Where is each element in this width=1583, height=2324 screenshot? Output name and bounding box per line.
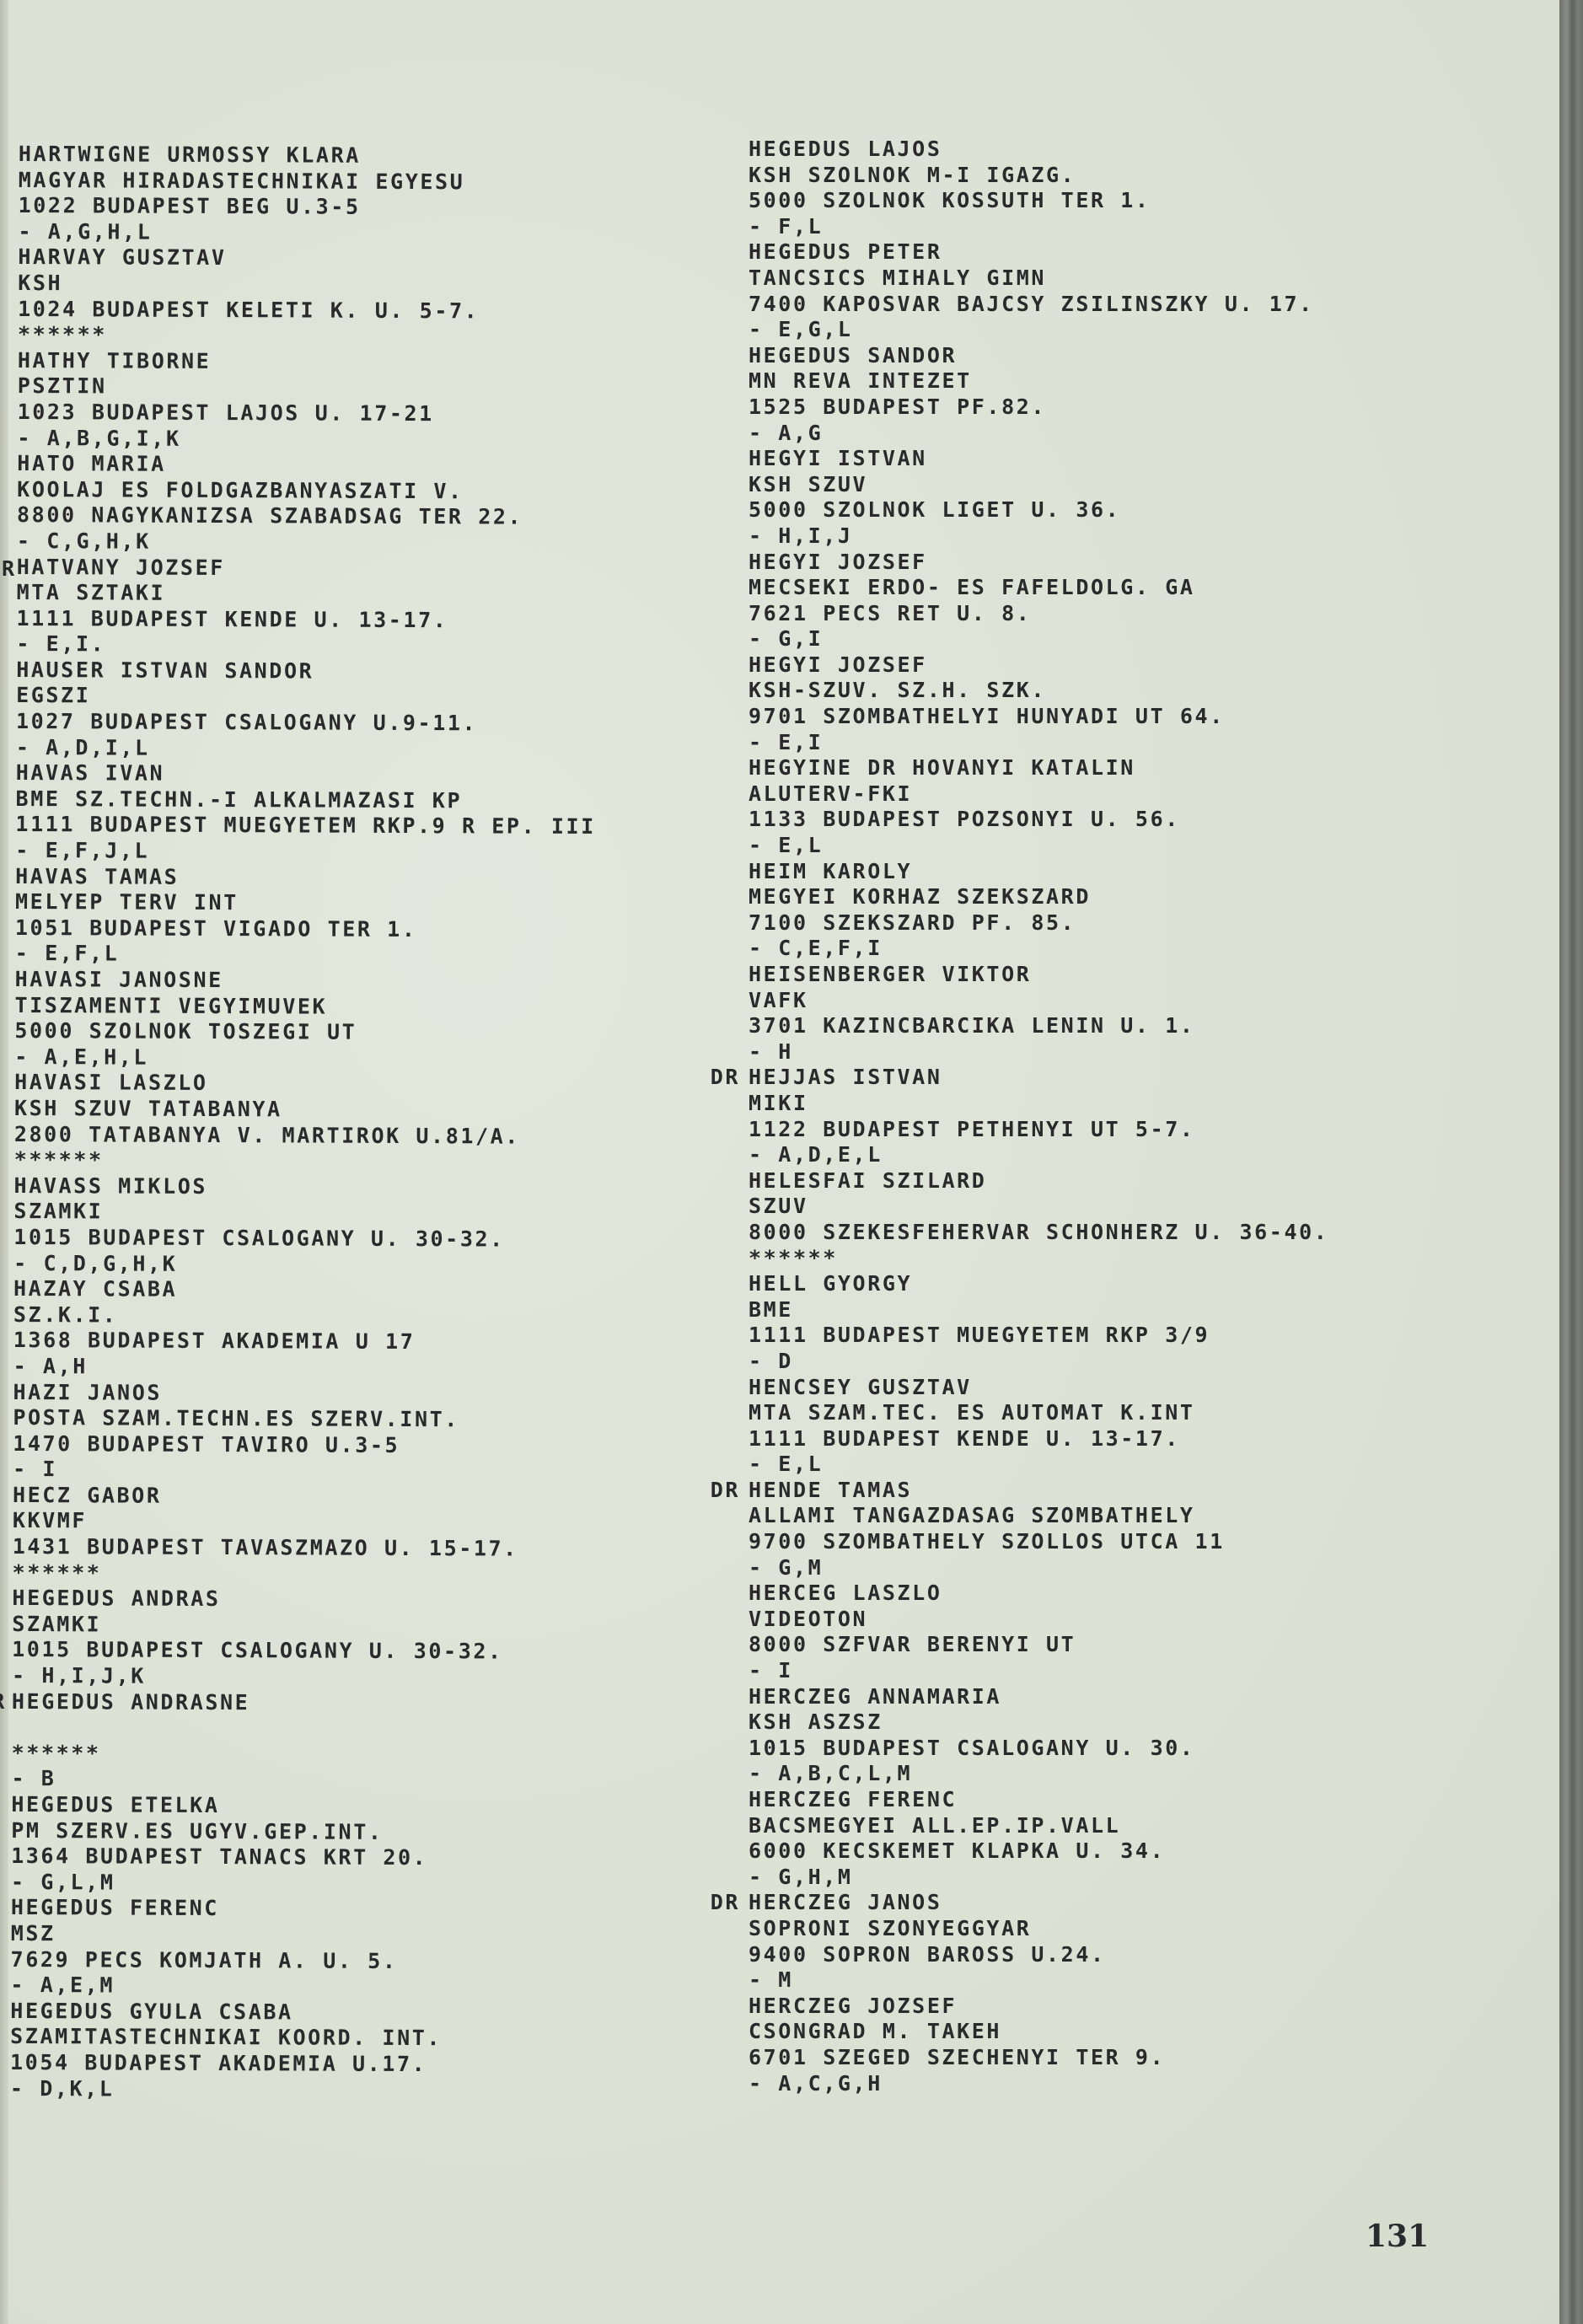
page-left-edge: [0, 0, 8, 2324]
directory-line-text: 9400 SOPRON BAROSS U.24.: [749, 1942, 1106, 1967]
page-number: 131: [1366, 2219, 1429, 2254]
directory-line: - D: [749, 1349, 1328, 1375]
directory-line: MECSEKI ERDO- ES FAFELDOLG. GA: [749, 575, 1328, 601]
directory-line-text: 8000 SZEKESFEHERVAR SCHONHERZ U. 36-40.: [749, 1220, 1328, 1244]
directory-line: BME SZ.TECHN.-I ALKALMAZASI KP: [16, 786, 597, 815]
directory-line: DRHENDE TAMAS: [749, 1478, 1328, 1504]
directory-line-text: MEGYEI KORHAZ SZEKSZARD: [749, 884, 1091, 909]
directory-line-text: MN REVA INTEZET: [749, 368, 972, 393]
directory-line: - B: [11, 1766, 592, 1795]
directory-line-text: 9700 SZOMBATHELY SZOLLOS UTCA 11: [749, 1529, 1225, 1554]
directory-line: - G,I: [749, 626, 1328, 652]
directory-line-text: POSTA SZAM.TECHN.ES SZERV.INT.: [13, 1405, 459, 1431]
directory-line-text: 5000 SZOLNOK TOSZEGI UT: [14, 1018, 357, 1044]
directory-line: HATVANY JOZSEF: [17, 554, 598, 582]
directory-line: DRHEGEDUS ANDRASNE: [12, 1689, 593, 1718]
directory-line: - A,E,H,L: [14, 1044, 595, 1073]
directory-line: VAFK: [749, 988, 1328, 1014]
directory-line-text: - M: [749, 1967, 793, 1992]
directory-line-text: 9701 SZOMBATHELYI HUNYADI UT 64.: [749, 704, 1225, 728]
directory-line: 1111 BUDAPEST MUEGYETEM RKP 3/9: [749, 1323, 1328, 1349]
directory-line-text: HAVASI JANOSNE: [15, 967, 223, 992]
directory-line-text: KSH: [18, 271, 62, 295]
directory-line: [12, 1715, 593, 1743]
directory-line-text: 1111 BUDAPEST MUEGYETEM RKP.9 R EP. III: [15, 812, 596, 839]
directory-line: ******: [13, 1560, 593, 1589]
directory-line-text: CSONGRAD M. TAKEH: [749, 2019, 1001, 2043]
directory-column-left: HARTWIGNE URMOSSY KLARAMAGYAR HIRADASTEC…: [10, 142, 599, 2104]
directory-line: - C,G,H,K: [17, 529, 598, 557]
directory-line: 2800 TATABANYA V. MARTIROK U.81/A.: [14, 1122, 595, 1151]
directory-line-text: 5000 SZOLNOK KOSSUTH TER 1.: [749, 188, 1151, 212]
directory-line-text: 1015 BUDAPEST CSALOGANY U. 30-32.: [13, 1225, 505, 1252]
directory-line-text: HATO MARIA: [17, 451, 166, 476]
directory-line: 5000 SZOLNOK LIGET U. 36.: [749, 497, 1328, 523]
directory-line: BME: [749, 1297, 1328, 1323]
directory-line: - A,H: [13, 1354, 594, 1382]
directory-line: SZAMKI: [12, 1612, 593, 1640]
directory-line-text: 7629 PECS KOMJATH A. U. 5.: [11, 1947, 398, 1973]
directory-line-text: 1133 BUDAPEST POZSONYI U. 56.: [749, 807, 1180, 831]
directory-line-text: ALLAMI TANGAZDASAG SZOMBATHELY: [749, 1503, 1195, 1527]
directory-line: - E,F,L: [15, 941, 596, 969]
directory-line-text: 1022 BUDAPEST BEG U.3-5: [19, 193, 361, 219]
directory-line-text: - E,F,L: [15, 941, 120, 966]
directory-line: HAUSER ISTVAN SANDOR: [16, 657, 597, 686]
directory-line-text: - E,G,L: [749, 317, 853, 341]
directory-line-text: HAVAS IVAN: [16, 760, 165, 786]
directory-line-text: KSH-SZUV. SZ.H. SZK.: [749, 678, 1046, 702]
directory-line-text: 1024 BUDAPEST KELETI K. U. 5-7.: [18, 297, 479, 323]
directory-line-text: MTA SZAM.TEC. ES AUTOMAT K.INT: [749, 1400, 1195, 1425]
directory-line: SZAMKI: [13, 1199, 594, 1227]
directory-line-text: HAZAY CSABA: [13, 1276, 177, 1302]
directory-line: 1111 BUDAPEST KENDE U. 13-17.: [16, 606, 597, 635]
directory-line-text: MELYEP TERV INT: [15, 889, 239, 915]
directory-line: HEIM KAROLY: [749, 859, 1328, 885]
directory-line-text: HERCZEG JOZSEF: [749, 1994, 957, 2018]
directory-line: 8000 SZFVAR BERENYI UT: [749, 1632, 1328, 1658]
directory-line-text: - A,E,H,L: [14, 1044, 148, 1070]
directory-line-text: 3701 KAZINCBARCIKA LENIN U. 1.: [749, 1013, 1195, 1038]
directory-line-text: - A,C,G,H: [749, 2071, 883, 2096]
directory-line-text: - A,D,I,L: [16, 735, 150, 760]
directory-line-text: HEISENBERGER VIKTOR: [749, 962, 1031, 986]
directory-line: - I: [749, 1658, 1328, 1684]
directory-line: - A,D,E,L: [749, 1142, 1328, 1168]
directory-line-text: 7621 PECS RET U. 8.: [749, 601, 1031, 625]
directory-line: - M: [749, 1967, 1328, 1994]
directory-line-text: KSH SZUV: [749, 472, 867, 496]
directory-line: HEISENBERGER VIKTOR: [749, 962, 1328, 988]
directory-line-text: HEGEDUS GYULA CSABA: [10, 1999, 292, 2024]
directory-line: 1364 BUDAPEST TANACS KRT 20.: [11, 1844, 592, 1872]
directory-line: 1051 BUDAPEST VIGADO TER 1.: [15, 915, 596, 944]
directory-line-text: 1525 BUDAPEST PF.82.: [749, 394, 1046, 419]
directory-line-text: HAVASS MIKLOS: [14, 1173, 208, 1199]
directory-line: 1022 BUDAPEST BEG U.3-5: [19, 193, 599, 222]
directory-line-text: 1122 BUDAPEST PETHENYI UT 5-7.: [749, 1117, 1195, 1141]
directory-line: - E,L: [749, 833, 1328, 859]
directory-line-text: 5000 SZOLNOK LIGET U. 36.: [749, 497, 1120, 522]
title-prefix: DR: [711, 1065, 740, 1091]
directory-line: HAVASI JANOSNE: [15, 967, 596, 996]
directory-line: - E,G,L: [749, 317, 1328, 343]
directory-line-text: KOOLAJ ES FOLDGAZBANYASZATI V.: [17, 477, 464, 503]
directory-line: ******: [749, 1246, 1328, 1272]
directory-line-text: HEGEDUS LAJOS: [749, 137, 942, 161]
directory-line: HEGEDUS FERENC: [11, 1895, 592, 1924]
directory-line-text: 6000 KECSKEMET KLAPKA U. 34.: [749, 1838, 1165, 1863]
directory-line: 7621 PECS RET U. 8.: [749, 601, 1328, 627]
directory-line: 8800 NAGYKANIZSA SZABADSAG TER 22.: [17, 502, 598, 531]
directory-line-text: MECSEKI ERDO- ES FAFELDOLG. GA: [749, 575, 1195, 599]
directory-line: KSH SZUV TATABANYA: [14, 1096, 595, 1124]
directory-line-text: TISZAMENTI VEGYIMUVEK: [14, 993, 327, 1019]
directory-line-text: 1364 BUDAPEST TANACS KRT 20.: [11, 1844, 427, 1870]
directory-line: 7400 KAPOSVAR BAJCSY ZSILINSZKY U. 17.: [749, 292, 1328, 318]
directory-line: - E,I: [749, 730, 1328, 756]
directory-line-text: SZ.K.I.: [13, 1302, 118, 1328]
directory-line: ******: [12, 1741, 593, 1769]
directory-line: MTA SZTAKI: [17, 580, 598, 609]
directory-line-text: HEGEDUS ANDRAS: [12, 1586, 220, 1611]
directory-line-text: 7100 SZEKSZARD PF. 85.: [749, 910, 1076, 935]
directory-line-text: - D: [749, 1349, 793, 1373]
directory-line-text: - E,F,J,L: [15, 838, 149, 863]
directory-line: 1054 BUDAPEST AKADEMIA U.17.: [10, 2050, 591, 2079]
directory-line-text: - E,L: [749, 1452, 823, 1476]
directory-line: 1470 BUDAPEST TAVIRO U.3-5: [13, 1431, 593, 1460]
directory-line: SZ.K.I.: [13, 1302, 594, 1331]
directory-line-text: HAVASI LASZLO: [14, 1070, 208, 1095]
directory-column-right: HEGEDUS LAJOSKSH SZOLNOK M-I IGAZG.5000 …: [749, 137, 1328, 2096]
directory-line-text: VIDEOTON: [749, 1607, 867, 1631]
directory-line-text: HELESFAI SZILARD: [749, 1168, 986, 1193]
directory-line-text: PM SZERV.ES UGYV.GEP.INT.: [11, 1818, 383, 1844]
directory-line-text: KSH ASZSZ: [749, 1709, 883, 1734]
directory-line-text: - E,I: [749, 730, 823, 754]
directory-line: HEGEDUS LAJOS: [749, 137, 1328, 163]
directory-line: HAVAS TAMAS: [15, 864, 596, 893]
directory-line: 1431 BUDAPEST TAVASZMAZO U. 15-17.: [13, 1534, 593, 1563]
directory-line-text: 1470 BUDAPEST TAVIRO U.3-5: [13, 1431, 400, 1457]
directory-line: HARTWIGNE URMOSSY KLARA: [19, 142, 599, 170]
directory-line-text: HATVANY JOZSEF: [17, 554, 225, 579]
directory-line: ******: [18, 322, 598, 351]
directory-line-text: HERCEG LASZLO: [749, 1581, 942, 1605]
directory-line-text: HEGYI JOZSEF: [749, 550, 927, 574]
directory-line-text: 1054 BUDAPEST AKADEMIA U.17.: [10, 2050, 427, 2076]
directory-line: 6701 SZEGED SZECHENYI TER 9.: [749, 2045, 1328, 2071]
directory-line: 6000 KECSKEMET KLAPKA U. 34.: [749, 1838, 1328, 1865]
directory-line: ALLAMI TANGAZDASAG SZOMBATHELY: [749, 1503, 1328, 1529]
directory-line-text: - A,B,G,I,K: [17, 426, 180, 451]
directory-line: 8000 SZEKESFEHERVAR SCHONHERZ U. 36-40.: [749, 1220, 1328, 1246]
directory-line: HERCEG LASZLO: [749, 1581, 1328, 1607]
directory-line: HELL GYORGY: [749, 1271, 1328, 1297]
directory-line: HEGEDUS SANDOR: [749, 343, 1328, 369]
directory-line-text: 7400 KAPOSVAR BAJCSY ZSILINSZKY U. 17.: [749, 292, 1314, 316]
directory-line: KSH ASZSZ: [749, 1709, 1328, 1736]
directory-line: - I: [13, 1457, 593, 1485]
directory-line: HEGEDUS PETER: [749, 239, 1328, 266]
directory-line: HAVAS IVAN: [16, 760, 597, 789]
directory-line-text: 1051 BUDAPEST VIGADO TER 1.: [15, 915, 417, 942]
directory-line: SOPRONI SZONYEGGYAR: [749, 1916, 1328, 1942]
directory-line-text: HELL GYORGY: [749, 1271, 912, 1296]
directory-line-text: - F,L: [749, 214, 823, 239]
directory-line: MTA SZAM.TEC. ES AUTOMAT K.INT: [749, 1400, 1328, 1426]
directory-line-text: ******: [14, 1147, 104, 1172]
directory-line-text: KSH SZUV TATABANYA: [14, 1096, 282, 1121]
directory-line: - H,I,J: [749, 523, 1328, 550]
directory-line: 1133 BUDAPEST POZSONYI U. 56.: [749, 807, 1328, 833]
directory-line: KSH SZOLNOK M-I IGAZG.: [749, 163, 1328, 189]
directory-line: HERCZEG FERENC: [749, 1787, 1328, 1813]
directory-line-text: - D,K,L: [10, 2076, 115, 2101]
directory-line-text: 1431 BUDAPEST TAVASZMAZO U. 15-17.: [13, 1534, 518, 1561]
directory-line-text: HENCSEY GUSZTAV: [749, 1375, 972, 1399]
directory-line-text: - G,M: [749, 1555, 823, 1580]
directory-line: PSZTIN: [18, 373, 598, 402]
directory-line: 5000 SZOLNOK KOSSUTH TER 1.: [749, 188, 1328, 214]
directory-line-text: 1111 BUDAPEST MUEGYETEM RKP 3/9: [749, 1323, 1210, 1347]
directory-line: - C,E,F,I: [749, 936, 1328, 962]
directory-line: HAVASS MIKLOS: [14, 1173, 595, 1202]
directory-line-text: - C,D,G,H,K: [13, 1251, 177, 1276]
directory-line-text: - A,D,E,L: [749, 1142, 883, 1167]
directory-line-text: - C,E,F,I: [749, 936, 883, 960]
directory-line: BACSMEGYEI ALL.EP.IP.VALL: [749, 1813, 1328, 1839]
directory-line-text: - G,H,M: [749, 1865, 853, 1889]
directory-line-text: - E,I.: [16, 631, 105, 656]
directory-line-text: HERCZEG JANOS: [749, 1890, 942, 1914]
directory-line-text: - G,L,M: [11, 1870, 115, 1895]
book-spine-edge: [1559, 0, 1583, 2324]
directory-line-text: SZAMKI: [12, 1612, 101, 1636]
directory-line-text: - E,L: [749, 833, 823, 857]
directory-line-text: BACSMEGYEI ALL.EP.IP.VALL: [749, 1813, 1120, 1838]
directory-line: 1111 BUDAPEST KENDE U. 13-17.: [749, 1426, 1328, 1452]
directory-line-text: HAVAS TAMAS: [15, 864, 179, 889]
directory-line-text: HEGYI JOZSEF: [749, 652, 927, 677]
directory-line: - A,B,G,I,K: [17, 426, 598, 454]
directory-line-text: HEGEDUS PETER: [749, 239, 942, 264]
directory-line-text: - H,I,J,K: [12, 1663, 146, 1688]
directory-line: 1027 BUDAPEST CSALOGANY U.9-11.: [16, 709, 597, 738]
directory-line: HECZ GABOR: [13, 1483, 593, 1511]
directory-line: 1525 BUDAPEST PF.82.: [749, 394, 1328, 421]
directory-line-text: MIKI: [749, 1091, 808, 1115]
directory-line-text: ******: [18, 322, 107, 346]
directory-line: - A,G,H,L: [18, 219, 598, 248]
directory-line-text: HAZI JANOS: [13, 1379, 162, 1404]
directory-line-text: MSZ: [11, 1921, 56, 1946]
title-prefix: DR: [0, 1688, 7, 1715]
directory-line-text: 6701 SZEGED SZECHENYI TER 9.: [749, 2045, 1165, 2069]
directory-line: 9700 SZOMBATHELY SZOLLOS UTCA 11: [749, 1529, 1328, 1555]
directory-line: HEGYI JOZSEF: [749, 652, 1328, 679]
directory-line-text: SOPRONI SZONYEGGYAR: [749, 1916, 1031, 1940]
directory-line: 1015 BUDAPEST CSALOGANY U. 30-32.: [13, 1225, 594, 1253]
directory-line-text: HATHY TIBORNE: [18, 348, 212, 373]
directory-line: POSTA SZAM.TECHN.ES SZERV.INT.: [13, 1405, 593, 1434]
directory-line-text: HERCZEG ANNAMARIA: [749, 1684, 1001, 1709]
directory-line-text: HEGEDUS ETELKA: [11, 1792, 219, 1817]
directory-line: HELESFAI SZILARD: [749, 1168, 1328, 1194]
directory-line: 3701 KAZINCBARCIKA LENIN U. 1.: [749, 1013, 1328, 1039]
directory-line: KSH: [18, 271, 598, 299]
directory-line-text: VAFK: [749, 988, 808, 1012]
directory-line: PM SZERV.ES UGYV.GEP.INT.: [11, 1818, 592, 1847]
directory-line-text: KSH SZOLNOK M-I IGAZG.: [749, 163, 1076, 187]
directory-line: - G,L,M: [11, 1870, 592, 1898]
directory-line: SZUV: [749, 1194, 1328, 1220]
directory-line: 9701 SZOMBATHELYI HUNYADI UT 64.: [749, 704, 1328, 730]
directory-line: - C,D,G,H,K: [13, 1251, 594, 1280]
directory-line: - A,D,I,L: [16, 735, 597, 764]
directory-line-text: HEGYINE DR HOVANYI KATALIN: [749, 755, 1135, 780]
directory-line: MAGYAR HIRADASTECHNIKAI EGYESU: [19, 168, 599, 196]
directory-line-text: 1111 BUDAPEST KENDE U. 13-17.: [16, 606, 448, 632]
directory-line-text: HEJJAS ISTVAN: [749, 1065, 942, 1089]
directory-line-text: - B: [11, 1766, 56, 1790]
directory-line-text: HERCZEG FERENC: [749, 1787, 957, 1811]
directory-line-text: HARVAY GUSZTAV: [18, 244, 226, 270]
directory-line-text: HEIM KAROLY: [749, 859, 912, 883]
directory-line-text: ******: [749, 1246, 838, 1270]
title-prefix: DR: [711, 1890, 740, 1916]
directory-line: ALUTERV-FKI: [749, 781, 1328, 808]
directory-line-text: 1027 BUDAPEST CSALOGANY U.9-11.: [16, 709, 477, 735]
directory-line: - G,M: [749, 1555, 1328, 1581]
directory-line: HARVAY GUSZTAV: [18, 244, 598, 273]
directory-line-text: HAUSER ISTVAN SANDOR: [16, 657, 314, 684]
directory-line-text: BME SZ.TECHN.-I ALKALMAZASI KP: [16, 786, 463, 813]
directory-line: TISZAMENTI VEGYIMUVEK: [14, 993, 595, 1022]
directory-line: - E,L: [749, 1452, 1328, 1478]
directory-line: - G,H,M: [749, 1865, 1328, 1891]
directory-line-text: MAGYAR HIRADASTECHNIKAI EGYESU: [19, 168, 465, 194]
directory-line-text: 8000 SZFVAR BERENYI UT: [749, 1632, 1076, 1656]
directory-line: - A,C,G,H: [749, 2071, 1328, 2097]
title-prefix: DR: [711, 1478, 740, 1504]
directory-line-text: - I: [13, 1457, 57, 1481]
directory-line: - A,B,C,L,M: [749, 1761, 1328, 1787]
directory-line: KSH-SZUV. SZ.H. SZK.: [749, 678, 1328, 704]
directory-line: HEGYI JOZSEF: [749, 550, 1328, 576]
directory-line: HENCSEY GUSZTAV: [749, 1375, 1328, 1401]
directory-line-text: 1015 BUDAPEST CSALOGANY U. 30.: [749, 1736, 1195, 1760]
directory-line-text: 2800 TATABANYA V. MARTIROK U.81/A.: [14, 1122, 520, 1149]
directory-line-text: - A,G,H,L: [18, 219, 152, 244]
directory-line: HEGEDUS ANDRAS: [12, 1586, 593, 1614]
directory-line: HERCZEG JOZSEF: [749, 1994, 1328, 2020]
directory-line-text: TANCSICS MIHALY GIMN: [749, 266, 1046, 290]
directory-line: 1024 BUDAPEST KELETI K. U. 5-7.: [18, 297, 598, 325]
directory-line: - D,K,L: [10, 2076, 591, 2105]
directory-line-text: 1111 BUDAPEST KENDE U. 13-17.: [749, 1426, 1180, 1451]
directory-line: HATHY TIBORNE: [18, 348, 598, 377]
directory-line: 1122 BUDAPEST PETHENYI UT 5-7.: [749, 1117, 1328, 1143]
directory-line-text: 1023 BUDAPEST LAJOS U. 17-21: [18, 400, 434, 426]
directory-line: - H: [749, 1039, 1328, 1065]
directory-line: KKVMF: [13, 1508, 593, 1537]
directory-line: 1368 BUDAPEST AKADEMIA U 17: [13, 1328, 594, 1356]
directory-line-text: - G,I: [749, 626, 823, 651]
directory-line-text: ALUTERV-FKI: [749, 781, 912, 806]
directory-line: - H,I,J,K: [12, 1663, 593, 1692]
directory-line: 7100 SZEKSZARD PF. 85.: [749, 910, 1328, 937]
directory-line-text: - A,B,C,L,M: [749, 1761, 912, 1785]
directory-line: KOOLAJ ES FOLDGAZBANYASZATI V.: [17, 477, 598, 506]
directory-line: - A,E,M: [10, 1972, 591, 2001]
directory-line-text: - I: [749, 1658, 793, 1683]
directory-line: 5000 SZOLNOK TOSZEGI UT: [14, 1018, 595, 1047]
directory-line-text: SZAMITASTECHNIKAI KOORD. INT.: [10, 2024, 442, 2050]
directory-line-text: ******: [13, 1560, 102, 1585]
directory-line: MSZ: [11, 1921, 592, 1950]
directory-line: SZAMITASTECHNIKAI KOORD. INT.: [10, 2024, 591, 2053]
directory-line: HAVASI LASZLO: [14, 1070, 595, 1098]
directory-line-text: - H,I,J: [749, 523, 853, 548]
directory-line: MN REVA INTEZET: [749, 368, 1328, 394]
directory-line: HAZAY CSABA: [13, 1276, 594, 1305]
directory-line-text: HEGEDUS SANDOR: [749, 343, 957, 368]
directory-line-text: HENDE TAMAS: [749, 1478, 912, 1502]
directory-line-text: HEGYI ISTVAN: [749, 446, 927, 470]
directory-line: DRHEJJAS ISTVAN: [749, 1065, 1328, 1091]
directory-line-text: - C,G,H,K: [17, 529, 151, 554]
directory-line-text: HARTWIGNE URMOSSY KLARA: [19, 142, 361, 168]
directory-line: - E,F,J,L: [15, 838, 596, 867]
directory-line: HERCZEG ANNAMARIA: [749, 1684, 1328, 1710]
directory-line-text: 1368 BUDAPEST AKADEMIA U 17: [13, 1328, 416, 1354]
directory-line-text: PSZTIN: [18, 373, 107, 398]
directory-line-text: ******: [12, 1741, 101, 1765]
directory-line-text: MTA SZTAKI: [17, 580, 166, 605]
directory-line-text: HEGEDUS FERENC: [11, 1895, 219, 1920]
directory-line-text: - A,E,M: [10, 1972, 115, 1998]
directory-line-text: EGSZI: [16, 683, 90, 707]
directory-line: MEGYEI KORHAZ SZEKSZARD: [749, 884, 1328, 910]
margin-mark: R: [2, 556, 14, 581]
directory-line: MELYEP TERV INT: [15, 889, 596, 918]
directory-line: KSH SZUV: [749, 472, 1328, 498]
directory-line: 9400 SOPRON BAROSS U.24.: [749, 1942, 1328, 1968]
directory-line-text: KKVMF: [13, 1508, 87, 1532]
directory-line: 1015 BUDAPEST CSALOGANY U. 30-32.: [12, 1637, 593, 1666]
directory-line: VIDEOTON: [749, 1607, 1328, 1633]
directory-line: 7629 PECS KOMJATH A. U. 5.: [11, 1947, 592, 1976]
directory-line: - A,G: [749, 421, 1328, 447]
directory-line-text: HEGEDUS ANDRASNE: [12, 1689, 250, 1715]
directory-line-text: HECZ GABOR: [13, 1483, 162, 1508]
directory-line: - F,L: [749, 214, 1328, 240]
directory-line: EGSZI: [16, 683, 597, 711]
directory-line-text: - H: [749, 1039, 793, 1064]
directory-line: HEGYI ISTVAN: [749, 446, 1328, 472]
directory-line: ******: [14, 1147, 595, 1176]
directory-line-text: 1015 BUDAPEST CSALOGANY U. 30-32.: [12, 1637, 503, 1664]
directory-line: MIKI: [749, 1091, 1328, 1117]
directory-line: HEGEDUS ETELKA: [11, 1792, 592, 1821]
directory-line: DRHERCZEG JANOS: [749, 1890, 1328, 1916]
directory-line: 1023 BUDAPEST LAJOS U. 17-21: [18, 400, 598, 428]
directory-line: HATO MARIA: [17, 451, 598, 480]
directory-line-text: - A,H: [13, 1354, 88, 1378]
